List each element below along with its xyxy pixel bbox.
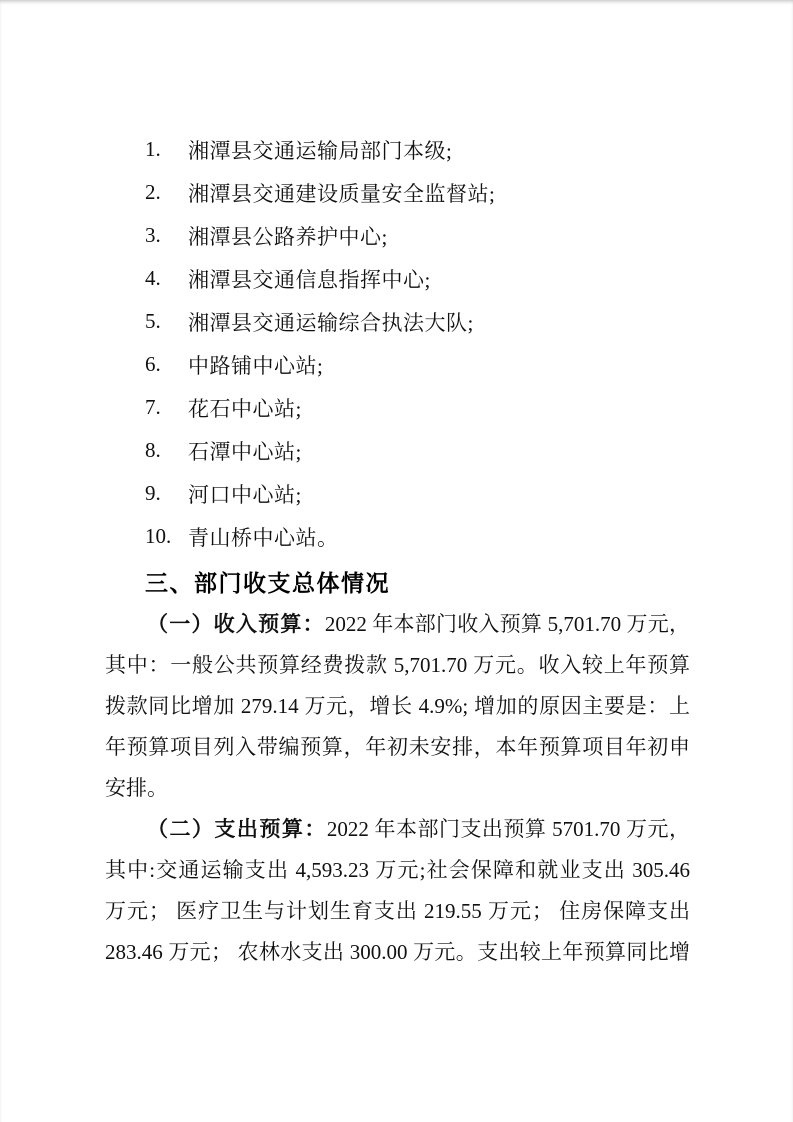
paragraph-line: （一）收入预算：2022 年本部门收入预算 5,701.70 万元，: [105, 604, 690, 645]
list-item: 5.湘潭县交通运输综合执法大队;: [105, 300, 690, 343]
list-item-text: 湘潭县交通运输综合执法大队;: [188, 307, 474, 337]
paragraph-line-text: 2022 年本部门收入预算 5,701.70 万元，: [325, 612, 690, 636]
list-item-number: 5.: [145, 309, 188, 334]
paragraph-line: 安排。: [105, 768, 690, 809]
list-item-text: 湘潭县交通建设质量安全监督站;: [188, 178, 495, 208]
paragraph-line: 拨款同比增加 279.14 万元，增长 4.9%; 增加的原因主要是：上: [105, 686, 690, 727]
list-item-text: 湘潭县交通信息指挥中心;: [188, 264, 431, 294]
list-item: 8.石潭中心站;: [105, 429, 690, 472]
list-item-text: 青山桥中心站。: [188, 522, 339, 552]
list-item-text: 湘潭县交通运输局部门本级;: [188, 135, 452, 165]
paragraph: （二）支出预算：2022 年本部门支出预算 5701.70 万元，其中:交通运输…: [105, 809, 690, 973]
budget-paragraphs: （一）收入预算：2022 年本部门收入预算 5,701.70 万元，其中：一般公…: [105, 604, 690, 973]
list-item-number: 3.: [145, 223, 188, 248]
page-content: 1.湘潭县交通运输局部门本级;2.湘潭县交通建设质量安全监督站;3.湘潭县公路养…: [105, 128, 690, 973]
list-item: 4.湘潭县交通信息指挥中心;: [105, 257, 690, 300]
paragraph-line: 万元； 医疗卫生与计划生育支出 219.55 万元； 住房保障支出: [105, 891, 690, 932]
list-item: 7.花石中心站;: [105, 386, 690, 429]
paragraph-line-text: 2022 年本部门支出预算 5701.70 万元，: [327, 817, 690, 841]
list-item-number: 10.: [145, 524, 188, 549]
list-item-text: 中路铺中心站;: [188, 350, 323, 380]
list-item-number: 7.: [145, 395, 188, 420]
section-heading: 三、部门收支总体情况: [105, 558, 690, 604]
list-item-number: 2.: [145, 180, 188, 205]
paragraph-lead: （一）收入预算：: [147, 612, 325, 636]
list-item: 1.湘潭县交通运输局部门本级;: [105, 128, 690, 171]
paragraph-line: 其中：一般公共预算经费拨款 5,701.70 万元。收入较上年预算: [105, 645, 690, 686]
paragraph-line: 其中:交通运输支出 4,593.23 万元;社会保障和就业支出 305.46: [105, 850, 690, 891]
list-item-number: 9.: [145, 481, 188, 506]
paragraph-line: 283.46 万元； 农林水支出 300.00 万元。支出较上年预算同比增: [105, 932, 690, 973]
list-item-text: 石潭中心站;: [188, 436, 302, 466]
paragraph-line: 年预算项目列入带编预算，年初未安排，本年预算项目年初申报: [105, 727, 690, 768]
list-item: 3.湘潭县公路养护中心;: [105, 214, 690, 257]
org-unit-list: 1.湘潭县交通运输局部门本级;2.湘潭县交通建设质量安全监督站;3.湘潭县公路养…: [105, 128, 690, 558]
list-item-number: 1.: [145, 137, 188, 162]
list-item-text: 湘潭县公路养护中心;: [188, 221, 388, 251]
paragraph: （一）收入预算：2022 年本部门收入预算 5,701.70 万元，其中：一般公…: [105, 604, 690, 809]
list-item-text: 花石中心站;: [188, 393, 302, 423]
document-page: 1.湘潭县交通运输局部门本级;2.湘潭县交通建设质量安全监督站;3.湘潭县公路养…: [0, 0, 793, 1122]
list-item-number: 4.: [145, 266, 188, 291]
list-item: 2.湘潭县交通建设质量安全监督站;: [105, 171, 690, 214]
list-item: 6.中路铺中心站;: [105, 343, 690, 386]
paragraph-line: （二）支出预算：2022 年本部门支出预算 5701.70 万元，: [105, 809, 690, 850]
list-item-number: 8.: [145, 438, 188, 463]
list-item-number: 6.: [145, 352, 188, 377]
list-item: 10.青山桥中心站。: [105, 515, 690, 558]
list-item-text: 河口中心站;: [188, 479, 302, 509]
list-item: 9.河口中心站;: [105, 472, 690, 515]
paragraph-lead: （二）支出预算：: [147, 817, 327, 841]
